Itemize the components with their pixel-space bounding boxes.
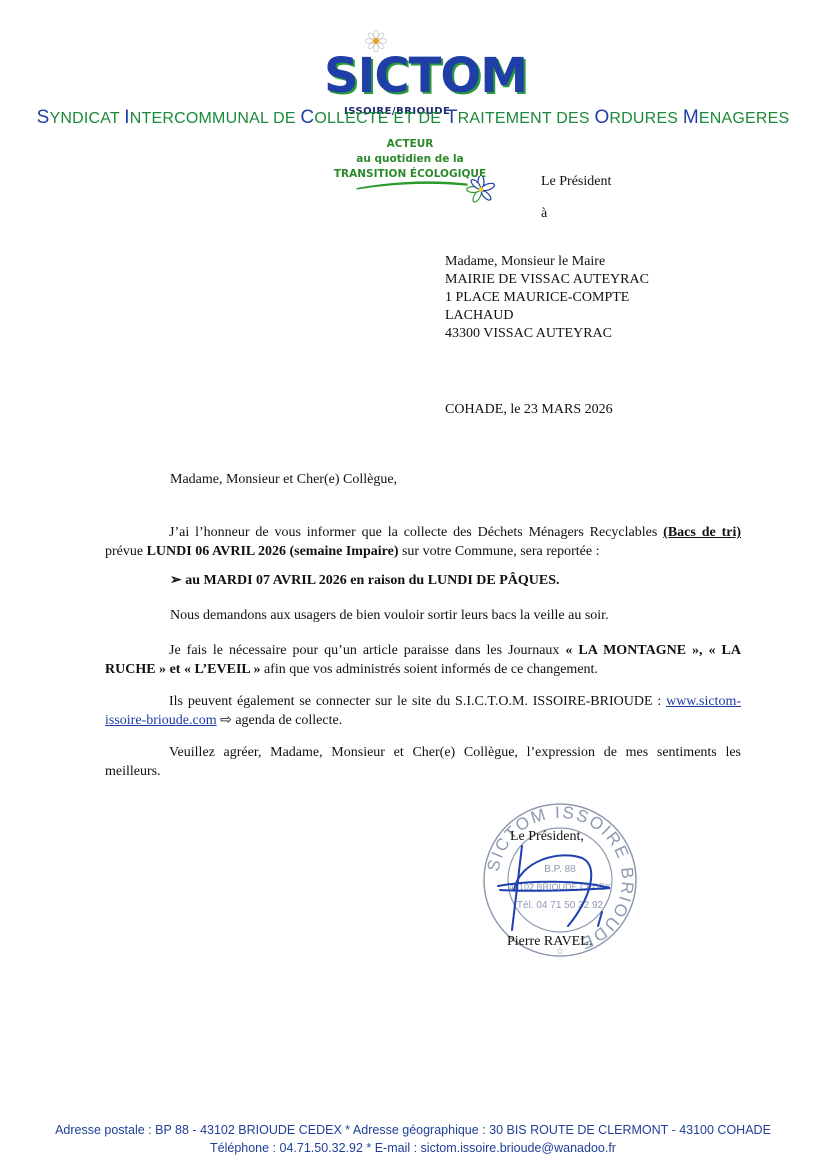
text: sur votre Commune, sera reportée :: [398, 544, 599, 559]
paragraph-bins-evening: Nous demandons aux usagers de bien voulo…: [170, 608, 609, 624]
handwritten-signature: [490, 840, 630, 940]
new-date-bullet: ➢ au MARDI 07 AVRIL 2026 en raison du LU…: [170, 572, 560, 589]
footer-contact: Téléphone : 04.71.50.32.92 * E-mail : si…: [0, 1139, 826, 1157]
text: agenda de collecte.: [232, 713, 342, 728]
arrow-icon: ⇨: [220, 713, 232, 728]
text: Je fais le nécessaire pour qu’un article…: [169, 643, 565, 658]
sictom-logo: SICTOM ISSOIRE/BRIOUDE: [322, 30, 522, 105]
address-line: MAIRIE DE VISSAC AUTEYRAC: [445, 271, 649, 289]
organization-word: ET: [393, 110, 414, 127]
flower-swoosh-icon: [330, 176, 530, 206]
sender-title: Le Président: [541, 174, 611, 190]
slogan-line-2: au quotidien de la: [325, 152, 495, 167]
organization-word: DES: [556, 110, 590, 127]
salutation: Madame, Monsieur et Cher(e) Collègue,: [170, 472, 397, 488]
organization-word: SYNDICAT: [37, 110, 120, 127]
address-line: 1 PLACE MAURICE-COMPTE: [445, 289, 649, 307]
text: Ils peuvent également se connecter sur l…: [169, 694, 666, 709]
text: J’ai l’honneur de vous informer que la c…: [169, 525, 663, 540]
address-line: Madame, Monsieur le Maire: [445, 253, 649, 271]
logo-wordmark: SICTOM: [324, 52, 527, 100]
bins-label: (Bacs de tri): [663, 525, 741, 540]
organization-name: SYNDICAT INTERCOMMUNAL DE COLLECTE ET DE…: [0, 107, 826, 129]
text: et: [166, 662, 184, 677]
date-line: COHADE, le 23 MARS 2026: [445, 402, 613, 418]
address-line: LACHAUD: [445, 307, 649, 325]
signatory-name: Pierre RAVEL.: [507, 934, 592, 950]
organization-word: ORDURES: [594, 110, 678, 127]
recipient-address: Madame, Monsieur le Maire MAIRIE DE VISS…: [445, 253, 649, 343]
newspaper-eveil: « L’EVEIL »: [184, 662, 261, 677]
paragraph-website: Ils peuvent également se connecter sur l…: [105, 692, 741, 730]
original-date: LUNDI 06 AVRIL 2026 (semaine Impaire): [147, 544, 399, 559]
paragraph-closing: Veuillez agréer, Madame, Monsieur et Che…: [105, 743, 741, 781]
organization-word: COLLECTE: [300, 110, 388, 127]
slogan-line-1: ACTEUR: [325, 137, 495, 152]
organization-word: DE: [419, 110, 442, 127]
footer-address: Adresse postale : BP 88 - 43102 BRIOUDE …: [0, 1121, 826, 1139]
sender-to: à: [541, 206, 547, 222]
organization-word: INTERCOMMUNAL: [124, 110, 268, 127]
text: afin que vos administrés soient informés…: [260, 662, 597, 677]
organization-word: DE: [273, 110, 296, 127]
new-date-text: au MARDI 07 AVRIL 2026 en raison du LUND…: [185, 573, 559, 588]
arrow-bullet-icon: ➢: [170, 573, 182, 588]
text: Veuillez agréer, Madame, Monsieur et Che…: [105, 745, 741, 779]
text: prévue: [105, 544, 147, 559]
address-line: 43300 VISSAC AUTEYRAC: [445, 325, 649, 343]
paragraph-collection-notice: J’ai l’honneur de vous informer que la c…: [105, 523, 741, 561]
footer: Adresse postale : BP 88 - 43102 BRIOUDE …: [0, 1121, 826, 1157]
organization-word: MENAGERES: [683, 110, 790, 127]
paragraph-newspapers: Je fais le nécessaire pour qu’un article…: [105, 641, 741, 679]
organization-word: TRAITEMENT: [446, 110, 552, 127]
